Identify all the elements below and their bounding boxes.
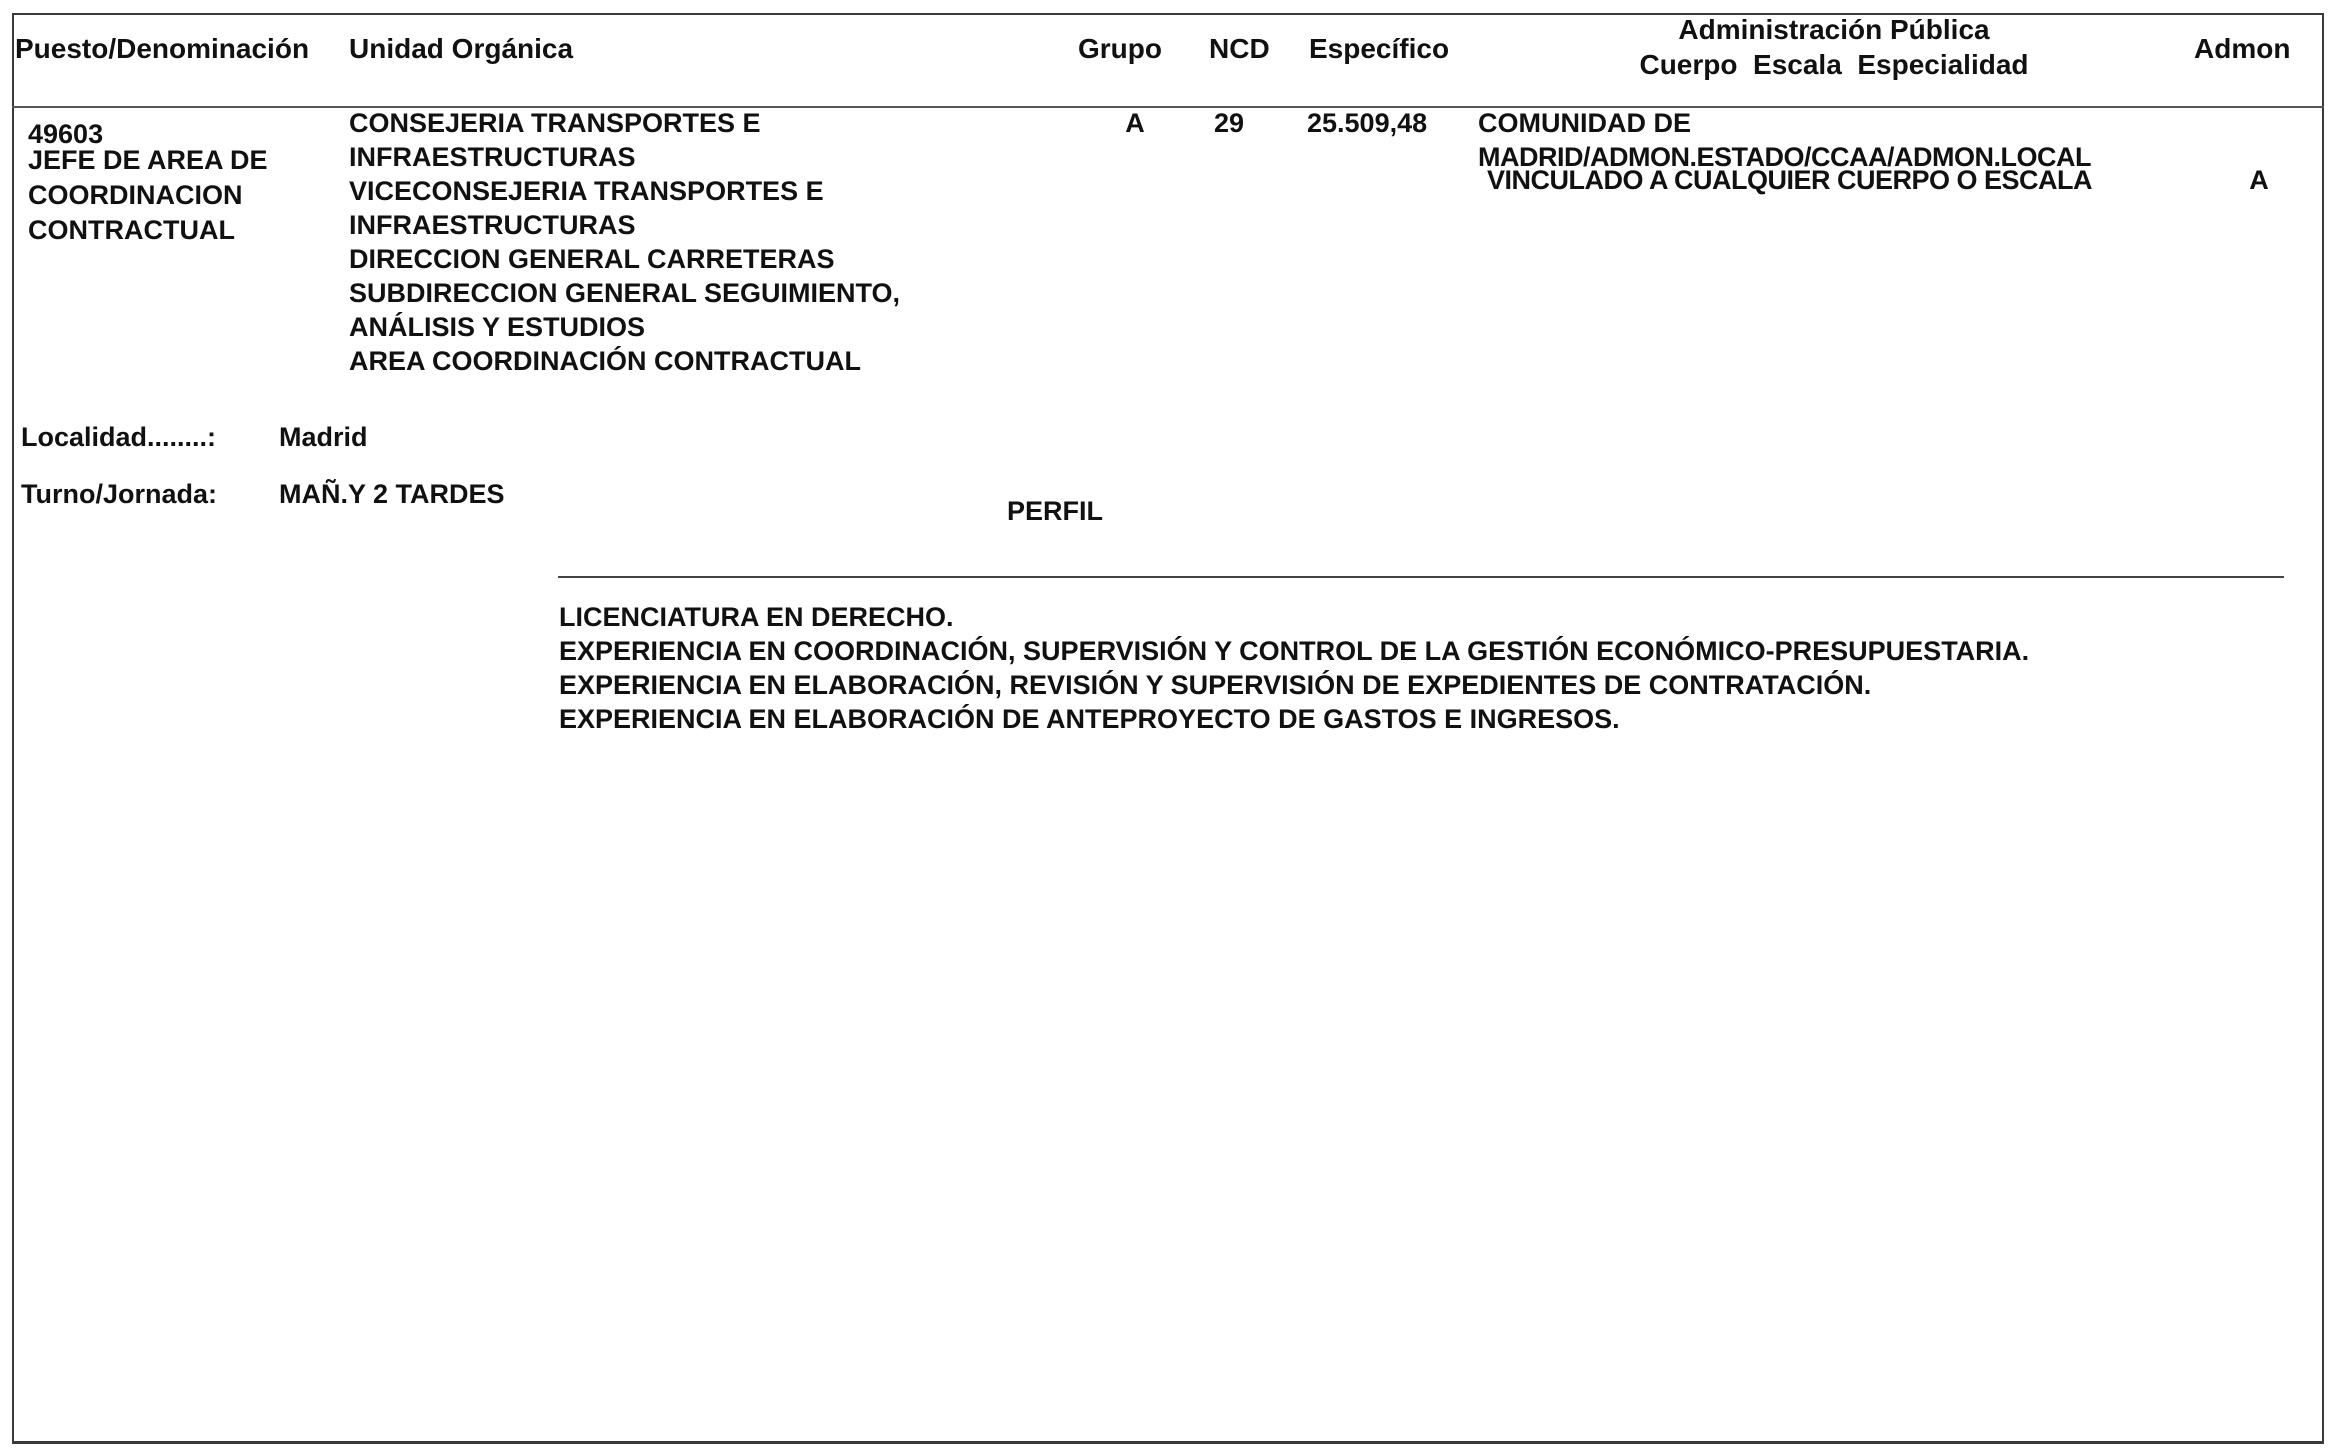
denominacion-line: CONTRACTUAL (28, 213, 235, 247)
header-puesto: Puesto/Denominación (15, 32, 309, 66)
perfil-title: PERFIL (1007, 494, 1103, 528)
header-cuerpo-escala: Cuerpo Escala Especialidad (1639, 48, 2028, 82)
header-administracion-publica: Administración Pública (1678, 13, 1989, 47)
turno-value: MAÑ.Y 2 TARDES (279, 477, 505, 511)
admon-value: A (2249, 163, 2269, 197)
perfil-line: LICENCIATURA EN DERECHO. (559, 600, 954, 634)
perfil-divider (558, 576, 2284, 578)
ncd-value: 29 (1214, 106, 1244, 140)
especifico-value: 25.509,48 (1307, 106, 1427, 140)
turno-label: Turno/Jornada: (21, 477, 217, 511)
header-ncd: NCD (1209, 32, 1270, 66)
unidad-organica-line: VICECONSEJERIA TRANSPORTES E (349, 174, 824, 208)
localidad-value: Madrid (279, 420, 368, 454)
header-especifico: Específico (1309, 32, 1449, 66)
unidad-organica-line: SUBDIRECCION GENERAL SEGUIMIENTO, (349, 276, 900, 310)
unidad-organica-line: AREA COORDINACIÓN CONTRACTUAL (349, 344, 861, 378)
grupo-value: A (1125, 106, 1145, 140)
denominacion-line: JEFE DE AREA DE (28, 143, 268, 177)
unidad-organica-line: DIRECCION GENERAL CARRETERAS (349, 242, 835, 276)
localidad-label: Localidad........: (21, 420, 216, 454)
unidad-organica-line: ANÁLISIS Y ESTUDIOS (349, 310, 645, 344)
header-unidad: Unidad Orgánica (349, 32, 573, 66)
perfil-line: EXPERIENCIA EN ELABORACIÓN, REVISIÓN Y S… (559, 668, 1871, 702)
header-grupo: Grupo (1078, 32, 1162, 66)
perfil-line: EXPERIENCIA EN COORDINACIÓN, SUPERVISIÓN… (559, 634, 2029, 668)
cuerpo-value: VINCULADO A CUALQUIER CUERPO O ESCALA (1487, 163, 2092, 197)
unidad-organica-line: CONSEJERIA TRANSPORTES E (349, 106, 761, 140)
administracion-line-1: COMUNIDAD DE (1478, 106, 1691, 140)
denominacion-line: COORDINACION (28, 178, 243, 212)
unidad-organica-line: INFRAESTRUCTURAS (349, 140, 636, 174)
unidad-organica-line: INFRAESTRUCTURAS (349, 208, 636, 242)
perfil-line: EXPERIENCIA EN ELABORACIÓN DE ANTEPROYEC… (559, 702, 1620, 736)
header-admon: Admon (2194, 32, 2290, 66)
